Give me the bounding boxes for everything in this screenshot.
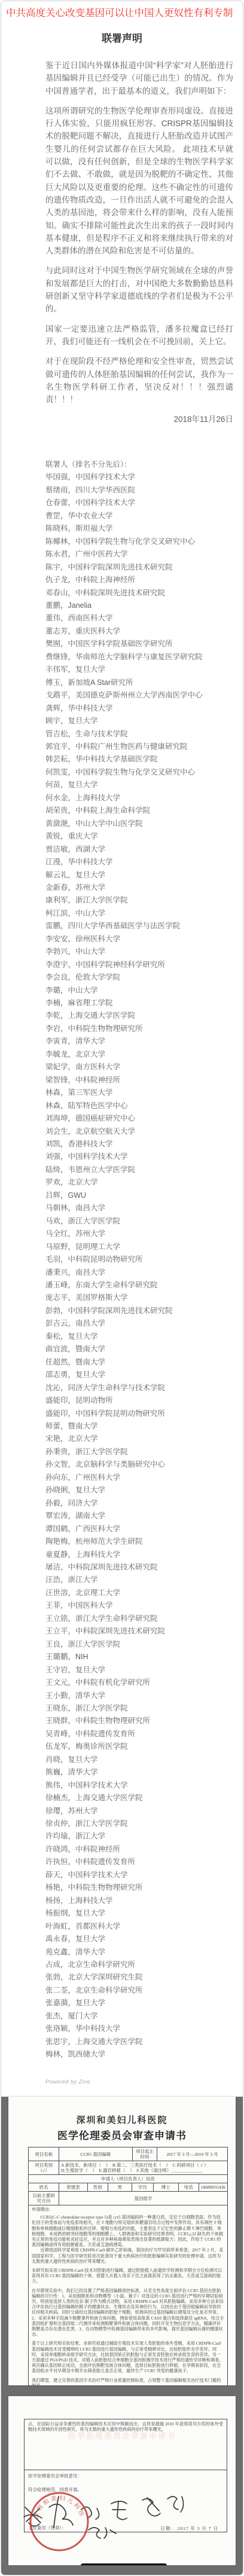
list-item: 马朝林，南昌大学 <box>45 1202 233 1214</box>
list-item: 盛能印，昆明动物所 <box>45 1394 233 1407</box>
approval-opinion-label: 医学伦理委员会审批意见： <box>28 2473 82 2479</box>
list-item: 吴青峰，中科院遗传发育所 <box>45 1728 233 1740</box>
project-name-label: 项目名称 <box>29 2147 59 2161</box>
stamp-text: 深圳和美妇儿科医院 <box>26 2486 86 2520</box>
list-item: 傅玉，新加坡A Star研究所 <box>45 677 233 689</box>
list-item: 樊囿，中国医学科学院基础医学研究所 <box>45 638 233 650</box>
list-item: 王守岩，复旦大学 <box>45 1664 233 1676</box>
list-item: 陈永君，广州中医药大学 <box>45 548 233 561</box>
degree-value: 博士 <box>154 2183 179 2191</box>
red-official-stamp: 深圳和美妇儿科医院 <box>26 2486 92 2556</box>
list-item: 杨振纲，复旦大学 <box>45 1907 233 1920</box>
list-item: 王良，浙江大学医学院 <box>45 1638 233 1651</box>
project-duration-value: 2017 年 3 月—2019 年 3 月 <box>157 2147 227 2161</box>
list-item: 雷鹏，四川大学华西基础医学与法医学院 <box>45 920 233 932</box>
list-item: 杨扬，上海科技大学 <box>45 1895 233 1907</box>
list-item: 李乾，上海交通大学医学院 <box>45 1009 233 1022</box>
list-item: 贾洁敏，西湖大学 <box>45 843 233 856</box>
list-item: 邓春山，中科院深圳先进技术研究院 <box>45 587 233 599</box>
list-item: 张嘉漪，复旦大学 <box>45 1997 233 2009</box>
list-item: 江漫，华中科技大学 <box>45 856 233 868</box>
list-item: 吕辉，GWU <box>45 1189 233 1202</box>
list-item: 王小勤，清华大学 <box>45 1690 233 1702</box>
list-item: 苑克鑫，清华大学 <box>45 1946 233 1959</box>
list-item: 孙向东，广州医科大学 <box>45 1471 233 1484</box>
list-item: 毛羽，中科院昆明动物研究所 <box>45 1253 233 1266</box>
list-item: 李澄宇，中国科学院神经科学研究所 <box>45 959 233 971</box>
list-item: 刘海坤，德国癌症研究中心 <box>45 1112 233 1125</box>
list-item: 曲宜波，暨南大学 <box>45 1343 233 1356</box>
list-item: 何苗，复旦大学 <box>45 779 233 791</box>
statement-body: 鉴于近日国内外媒体报道中国“科学家”对人胚胎进行基因编辑并且已经受孕（可能已出生… <box>45 59 233 426</box>
list-item: 李会良，伦敦大学学院 <box>45 971 233 984</box>
list-item: 谭国鹤，广西医科大学 <box>45 1523 233 1535</box>
form-row-reason: 申请理由： CCR5(C-C chemokine receptor type 5… <box>29 2205 227 2385</box>
signatory-list: 毕国强，中国科学技术大学蔡绪雨，四川大学华西医院仓春蕾，中国科学技术大学曹罡，华… <box>45 471 233 2061</box>
list-item: 马原野，昆明理工大学 <box>45 1241 233 1253</box>
scanned-document-section: 深圳和美妇儿科医院 医学伦理委员会审查申请书 项目名称 CCR5 基因编辑 项目… <box>1 2097 243 2575</box>
list-item: 马全红，苏州大学 <box>45 1228 233 1240</box>
list-item: 丰伟军，复旦大学 <box>45 663 233 676</box>
list-item: 陈宇，中国科学院深圳先进技术研究院 <box>45 561 233 574</box>
applicant-header: 申请人（项目负责人）信息 <box>29 2175 227 2183</box>
list-item: 薛天，中国科学技术大学 <box>45 1869 233 1881</box>
list-item: 许晓鸿，中科院神经所 <box>45 1843 233 1856</box>
list-item: 仇子龙，中科院上海神经所 <box>45 574 233 586</box>
list-item: 与此同时这对于中国生物医学研究领域在全球的声誉和发展都是巨大的打击，对中国绝大多… <box>45 264 233 315</box>
list-item: 禹永春，复旦大学 <box>45 1933 233 1945</box>
project-name-value: CCR5 基因编辑 <box>59 2147 133 2161</box>
reason-label: 申请理由： <box>32 2207 224 2213</box>
list-item: 梁妃学，南方医科大学 <box>45 1061 233 1073</box>
list-item: 李寅青，清华大学 <box>45 1035 233 1048</box>
list-item: 秦松，复旦大学 <box>45 1330 233 1343</box>
list-item: 我们期望，建立完善的基因手术治疗严格行业质量控制标准，占领整个基因编辑相关治疗技… <box>32 2378 224 2385</box>
list-item: 王立铭，浙江大学生命科学研究院 <box>45 1613 233 1625</box>
list-item: 汪浩，浙江大学 <box>45 1574 233 1586</box>
category-options: A.新技术、新项目（ ） B.第二、三类医疗技术（ ） C.科研项目（ √ ） … <box>59 2161 227 2174</box>
list-item: 张二荃，北京生命科学研究所 <box>45 1984 233 1997</box>
list-item: 董鹏，Janelia <box>45 599 233 612</box>
list-item: 何水金，上海科技大学 <box>45 792 233 804</box>
list-item: 陶艳梅，杭州师范大学生研院 <box>45 1535 233 1548</box>
reason-continuation: 点，在国际日益竞争激烈的基因编辑技术应用中脱颖而出；这将是超越 2010 年获得… <box>25 2419 227 2435</box>
list-item: 师蕾，暨南大学 <box>45 1420 233 1433</box>
statement-date: 2018年11月26日 <box>45 413 233 426</box>
list-item: 梅林，凯西储大学 <box>45 2048 233 2061</box>
list-item: 许执恒，中科院遗传发育所 <box>45 1856 233 1868</box>
project-duration-label: 项目起止时间 <box>133 2147 157 2161</box>
list-item: 黄锐，重庆大学 <box>45 830 233 843</box>
list-item: 王菲，中国医科大学 <box>45 1599 233 1612</box>
list-item: 杨艳，中科院生物物理研究所 <box>45 1881 233 1894</box>
list-item: 胡荣贵，中科院上海生命科学院 <box>45 804 233 817</box>
list-item: 李安安，徐州医科大学 <box>45 933 233 946</box>
research-label: 目前主要研究方向 <box>29 2192 59 2205</box>
list-item: 仓春蕾，中国科学技术大学 <box>45 497 233 509</box>
box-divider <box>25 2470 227 2470</box>
list-item: 韩芸耘，华中科技大学基础医学院 <box>45 753 233 766</box>
list-item: 屠洁，中科院深圳先进技术研究院 <box>45 1561 233 1574</box>
list-item: 蔡绪雨，四川大学华西医院 <box>45 484 233 497</box>
form-row-category: 项目类别（√） A.新技术、新项目（ ） B.第二、三类医疗技术（ ） C.科研… <box>29 2161 227 2175</box>
list-item: 潘秉兴，南昌大学 <box>45 1266 233 1279</box>
list-item: 张勃，北京大学深圳研究生院 <box>45 1971 233 1984</box>
list-item: 邵志勇，复旦大学 <box>45 1369 233 1381</box>
list-item: 戈鹉平，美国德克萨斯州州立大学西南医学中心 <box>45 689 233 702</box>
list-item: 彭吉云，南昌大学 <box>45 1317 233 1330</box>
list-item: 王文元，中科院有机化学研究所 <box>45 1676 233 1689</box>
list-item: 陈晓科，斯坦福大学 <box>45 522 233 535</box>
phone-label: 电话 <box>179 2183 199 2191</box>
list-item: 徐贞仲，浙江大学医学院 <box>45 1818 233 1830</box>
list-item: 管吉松，生命与技术学院 <box>45 728 233 741</box>
list-item: 柯江滨，中山大学 <box>45 907 233 920</box>
list-item: 王晓东，浙江大学医学院 <box>45 1702 233 1715</box>
list-item: 刘凯，香港科技大学 <box>45 1138 233 1151</box>
list-item: 对于在现阶段不经严格伦理和安全性审查，贸然尝试做可遗传的人体胚胎基因编辑的任何尝… <box>45 355 233 406</box>
category-line-2: D.生殖医学（ ） E.器官移植（ ） F.其他（请注明）＿＿＿＿＿＿＿ <box>61 2168 203 2173</box>
red-headline: 中共高度关心改变基因可以让中国人更奴性有利专制 <box>6 6 238 21</box>
list-item: 李璐，中山大学 <box>45 984 233 997</box>
category-label: 项目类别（√） <box>29 2161 59 2174</box>
list-item: 解云礼，复旦大学 <box>45 869 233 882</box>
list-item: 鉴于近日国内外媒体报道中国“科学家”对人胚胎进行基因编辑并且已经受孕（可能已出生… <box>45 59 233 97</box>
list-item: 费继锋，华南师范大学脑科学与康复医学研究院 <box>45 651 233 663</box>
approval-date: 日期： 2017 年 3 月 7 日 <box>160 2525 218 2532</box>
list-item: 孙秉贵，浙江大学医学院 <box>45 1446 233 1458</box>
list-item: 孙文智，北京脑科学与类脑研究中心 <box>45 1458 233 1471</box>
list-item: 这项所谓研究的生物医学伦理审查形同虚设。直接进行人体实验，只能用疯狂形容。CRI… <box>45 105 233 258</box>
name-value: 贺建奎 <box>59 2183 88 2191</box>
list-item: 肖晓，复旦大学 <box>45 1754 233 1766</box>
list-item: 彭勃，中国科学院深圳先进技术研究院 <box>45 1305 233 1317</box>
statement-paragraphs: 鉴于近日国内外媒体报道中国“科学家”对人胚胎进行基因编辑并且已经受孕（可能已出生… <box>45 59 233 406</box>
list-item: 梁智锋，中科院神经所 <box>45 1074 233 1087</box>
list-item: 伍龙军，梅奥诊所医学院 <box>45 1740 233 1753</box>
list-item: 占成，北京生命科学研究所 <box>45 1959 233 1971</box>
gender-label: 性别 <box>88 2183 108 2191</box>
list-item: 李楠，麻省理工学院 <box>45 997 233 1009</box>
list-item: 叶海虹，首都医科大学 <box>45 1920 233 1933</box>
svg-text:深圳和美妇儿科医院: 深圳和美妇儿科医院 <box>26 2486 86 2520</box>
list-item: 陈椰林，中国科学院生物与化学交叉研究中心 <box>45 536 233 548</box>
degree-label: 学历 <box>132 2183 154 2191</box>
list-item: CCR5(C-C chemokine receptor type 5)是 ccr… <box>32 2215 224 2248</box>
name-label: 姓名 <box>29 2183 59 2191</box>
list-item: 黄潋滟，中山大学中山医学院 <box>45 818 233 830</box>
list-item: 刘会生，北京航空航天大学 <box>45 1125 233 1138</box>
list-item: 覃宏涛，湖南大学 <box>45 1510 233 1522</box>
list-item: 毕国强，中国科学技术大学 <box>45 471 233 484</box>
list-item: 王璐鹏，NIH <box>45 1651 233 1663</box>
signatory-block: 联署人（排名不分先后）： 毕国强，中国科学技术大学蔡绪雨，四川大学华西医院仓春蕾… <box>45 458 233 2061</box>
reason-cell: 申请理由： CCR5(C-C chemokine receptor type 5… <box>29 2205 227 2385</box>
list-item: 基于以上研究和实验结果，本研究拟通过辅助生殖技术实现人类胚胎的体外受精，采用 C… <box>32 2341 224 2374</box>
gender-value: 男 <box>108 2183 132 2191</box>
list-item: 本研究拟采用 CRISPR-Cas9 技术对胚胎进行编辑，通过胚胎植入前遗传学检… <box>32 2268 224 2285</box>
list-item: 何凯雯，中国科学院生物与化学交叉研究中心 <box>45 766 233 779</box>
list-item: 李毓龙，北京大学 <box>45 1048 233 1061</box>
list-item: 李岩，中科院生物物理研究所 <box>45 1023 233 1035</box>
list-item: 林森，第三军医大学 <box>45 1087 233 1099</box>
list-item: 国家一定要迅速立法严格监管，潘多拉魔盒已经打开，我们可能还有一线机会在不可挽回前… <box>45 323 233 348</box>
powered-by-zine-label: Powered by Zine <box>45 2079 90 2085</box>
list-item: 在早期预实验中，我们已经设置了严格基因编辑质控标准，从安全性角度全面评估 CCR… <box>32 2289 224 2338</box>
list-item: 康利军，浙江大学医学院 <box>45 894 233 907</box>
list-item: 熊巍，清华大学 <box>45 1766 233 1779</box>
list-item: 童夏静，上海科技大学 <box>45 1549 233 1561</box>
list-item: 马欢，浙江大学医学院 <box>45 1215 233 1228</box>
application-form: 项目名称 CCR5 基因编辑 项目起止时间 2017 年 3 月—2019 年 … <box>28 2147 228 2385</box>
list-item: 金新春，苏州大学 <box>45 882 233 894</box>
list-item: 郭宜平，中科院广州生物医药与健康研究院 <box>45 741 233 753</box>
list-item: 徐璎，苏州大学 <box>45 1805 233 1818</box>
category-line-1: A.新技术、新项目（ ） B.第二、三类医疗技术（ ） C.科研项目（ √ ） <box>61 2162 208 2168</box>
document-title: 医学伦理委员会审查申请书 <box>8 2127 236 2142</box>
list-item: 曹罡，华中农业大学 <box>45 510 233 522</box>
list-item: 董伟，西南医科大学 <box>45 612 233 625</box>
statement-title: 联署声明 <box>1 30 243 45</box>
list-item: 陆绮，韦恩州立大学医学院 <box>45 1164 233 1176</box>
hospital-name: 深圳和美妇儿科医院 <box>8 2097 236 2126</box>
list-item: 熊伟，中国科学技术大学 <box>45 1779 233 1792</box>
list-item: 张杰，厦门大学 <box>45 2010 233 2023</box>
list-item: 孙晓俐，复旦大学 <box>45 1484 233 1497</box>
list-item: 王立平，中科院深圳先进技术研究院 <box>45 1625 233 1638</box>
list-item: 许均瑜，浙江大学 <box>45 1830 233 1843</box>
reason-paragraphs: CCR5(C-C chemokine receptor type 5)是 ccr… <box>32 2215 224 2385</box>
list-item: 罗欢，北京大学 <box>45 1176 233 1189</box>
list-item: 顾宇，复旦大学 <box>45 715 233 727</box>
statement-card: 中共高度关心改变基因可以让中国人更奴性有利专制 联署声明 鉴于近日国内外媒体报道… <box>1 1 243 2092</box>
form-row-project: 项目名称 CCR5 基因编辑 项目起止时间 2017 年 3 月—2019 年 … <box>29 2147 227 2161</box>
list-item: 王晓群，中科院生物物理研究所 <box>45 1715 233 1727</box>
list-item: 张思宇，上海交通大学医学院 <box>45 2036 233 2048</box>
list-item: 董志芳，重庆医科大学 <box>45 625 233 638</box>
black-bottom-bar <box>81 2563 167 2565</box>
list-item: 徐楠杰，上海交通大学医学院 <box>45 1792 233 1804</box>
list-item: 林森，陆军特色医学中心 <box>45 1100 233 1112</box>
list-item: 沈沁，同济大学生命科学与技术学院 <box>45 1382 233 1394</box>
form-row-applicant: 姓名 贺建奎 性别 男 学历 博士 电话 18688955436 <box>29 2183 227 2192</box>
form-row-research: 目前主要研究方向 基因组学 <box>29 2192 227 2205</box>
scan-page-2: 医学伦理委员会审查申请书 点，在国际日益竞争激烈的基因编辑技术应用中脱颖而出；这… <box>8 2396 236 2565</box>
list-item: 汪世溶，北京理工大学 <box>45 1587 233 1599</box>
form-row-applicant-header: 申请人（项目负责人）信息 <box>29 2175 227 2183</box>
list-item: 庞志平，美国罗格斯大学 <box>45 1292 233 1304</box>
list-item: 任超然，暨南大学 <box>45 1356 233 1369</box>
signatory-label: 联署人（排名不分先后）： <box>45 458 233 471</box>
list-item: 龚辉，华中科技大学 <box>45 702 233 715</box>
phone-value: 18688955436 <box>199 2183 227 2191</box>
list-item: 潘玉峰，东南大学生命科学研究院 <box>45 1279 233 1292</box>
research-value: 基因组学 <box>59 2192 227 2205</box>
list-item: 孙毅，同济大学 <box>45 1497 233 1510</box>
list-item: 近期我国科学家利用 CRISPR-Cas9 破坏乙肝病毒，基因治疗为罕见病带来希… <box>32 2248 224 2265</box>
scan-page-1: 深圳和美妇儿科医院 医学伦理委员会审查申请书 项目名称 CCR5 基因编辑 项目… <box>8 2097 236 2385</box>
list-item: 张珞颖，华中科技大学 <box>45 2023 233 2035</box>
list-item: 刘强，中国科学技术大学 <box>45 1151 233 1163</box>
list-item: 盛能印，中国科学院昆明动物研究所 <box>45 1408 233 1420</box>
article-screenshot: 中共高度关心改变基因可以让中国人更奴性有利专制 联署声明 鉴于近日国内外媒体报道… <box>1 1 243 2575</box>
list-item: 宋艳，北京大学 <box>45 1433 233 1445</box>
list-item: 李勃兴，中山大学 <box>45 946 233 958</box>
